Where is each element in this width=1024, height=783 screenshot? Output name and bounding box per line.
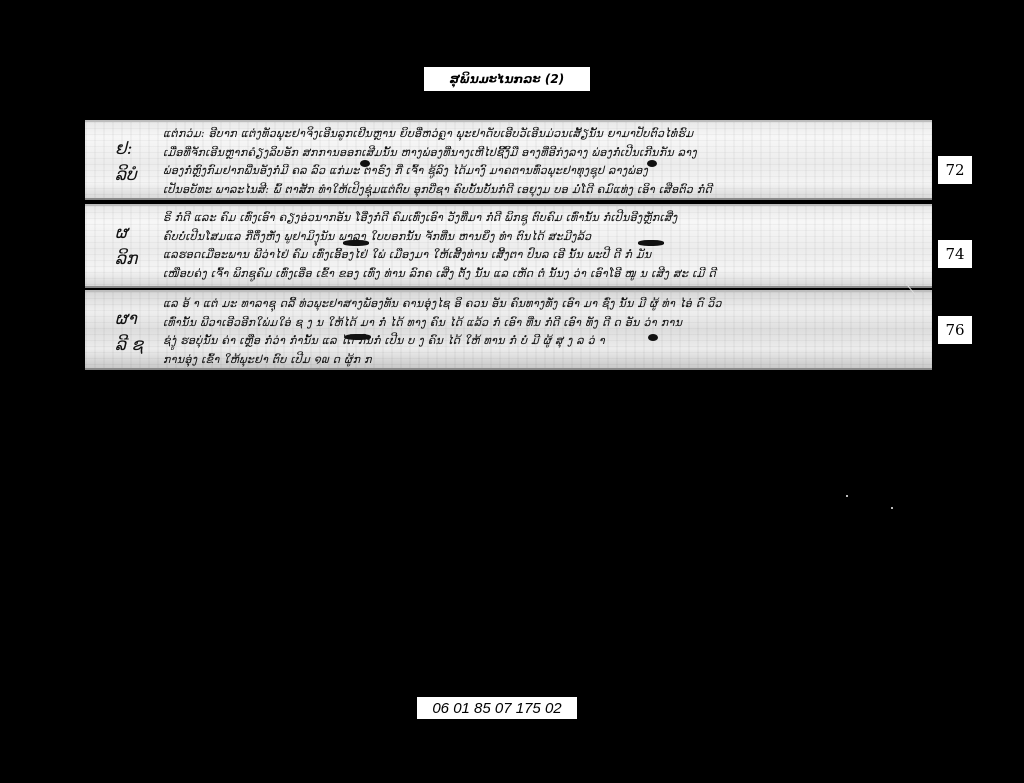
text-line: ເມື່ອທີ່ຈັກເອີນຫຼາກຄໍຽງລິບອັກ ສກການອອກເສ… [163,144,912,163]
margin-note: ຜາ [115,306,165,332]
binding-hole [638,240,664,246]
palm-leaf-strip-1: ຢ: ລິບໍ ແຕ່ກວ່ມ: ອີບາກ ແຕ່ງທັວພຸະຢາຈິງເອ… [85,120,932,200]
dust-speck [891,507,893,509]
margin-note: ຢ: [115,136,165,162]
text-line: ແຕ່ກວ່ມ: ອີບາກ ແຕ່ງທັວພຸະຢາຈິງເອີນລູກເຢີ… [163,125,912,144]
text-line: ເໜືອບຄ່ງ ເຈົ້າ ພິກຊູຄົມ ເທົ່ງເອີ່ອ ເຂົ້າ… [163,265,912,284]
binding-hole [345,334,371,340]
manuscript-text: ແຕ່ກວ່ມ: ອີບາກ ແຕ່ງທັວພຸະຢາຈິງເອີນລູກເຢີ… [163,125,912,199]
text-line: ແລ ອ້ າ ແຕ່ ມະ ທາລາຊຸ ດລີ້ ທ່ວພຸະຢາສາງພັ… [163,295,912,314]
margin-note: ຜ [115,220,165,246]
document-title-label: ສຸພິນມະໄນກລະ (2) [424,67,590,91]
text-line: ເທົ່ານັ້ນ ພີວາເອີວອີກໃພ່ມໃອ່ ຊ ງ ນ ໃຫ້ໄດ… [163,314,912,333]
text-line: ພ່ອງກໍ່ຫຼົງກົມຢາກພີ່ນອັງກໍ່ມີ ຄລ ລົວ ແກ່… [163,162,912,181]
page-number-label: 74 [938,240,972,268]
text-line: ການອຸ່ງ ເຂົ້າ ໃຫ້ພຸະຢາ ຕົບ ເປີມ ໑໙ ດ ຜູ້… [163,351,912,370]
text-line: ແລຮອດເມີ່ອະພານ ພີວ່າໄຢ່ ຄົມ ເທົ່ງເອີ້ອງໄ… [163,246,912,265]
page-number-label: 72 [938,156,972,184]
palm-leaf-strip-2: ຜ ລິກ ຣິ ກໍ່ດີ ແລະ ຄົມ ເທົ່ງເອົາ ຄຽງອ່ວນ… [85,204,932,288]
text-line: ຄົບບໍ່ເປີນໂສມແລ ກີ່ຕຶ່ງຫັ່ງ ພູຢາມິງຸນັນ … [163,228,912,247]
margin-note: ລິກ [115,246,165,272]
manuscript-text: ຣິ ກໍ່ດີ ແລະ ຄົມ ເທົ່ງເອົາ ຄຽງອ່ວນາກອັນ … [163,209,912,283]
text-line: ຊ່ງູ່ ຮອບຸ່ນັ້ນ ຄ່າ ເຫຼືອ ກໍ່ວ່າ ກໍ່ານັ້… [163,332,912,351]
binding-hole [343,240,369,246]
text-line: ເປັນອບັທະ ພາລະໄນສີ: ພົ້ ຕາສັກ ທຳໃຫ້ເປິງຊ… [163,181,912,200]
binding-hole [648,334,658,341]
binding-hole [360,160,370,167]
manuscript-text: ແລ ອ້ າ ແຕ່ ມະ ທາລາຊຸ ດລີ້ ທ່ວພຸະຢາສາງພັ… [163,295,912,369]
margin-notes: ຢ: ລິບໍ [115,136,165,188]
reference-number-label: 06 01 85 07 175 02 [417,697,577,719]
margin-note: ລິບໍ [115,162,165,188]
page-number-label: 76 [938,316,972,344]
binding-hole [647,160,657,167]
margin-notes: ຜ ລິກ [115,220,165,272]
margin-notes: ຜາ ລີ ຊ [115,306,165,358]
dust-speck [846,495,848,497]
margin-note: ລີ ຊ [115,332,165,358]
palm-leaf-strip-3: ຜາ ລີ ຊ ແລ ອ້ າ ແຕ່ ມະ ທາລາຊຸ ດລີ້ ທ່ວພຸ… [85,290,932,370]
text-line: ຣິ ກໍ່ດີ ແລະ ຄົມ ເທົ່ງເອົາ ຄຽງອ່ວນາກອັນ … [163,209,912,228]
